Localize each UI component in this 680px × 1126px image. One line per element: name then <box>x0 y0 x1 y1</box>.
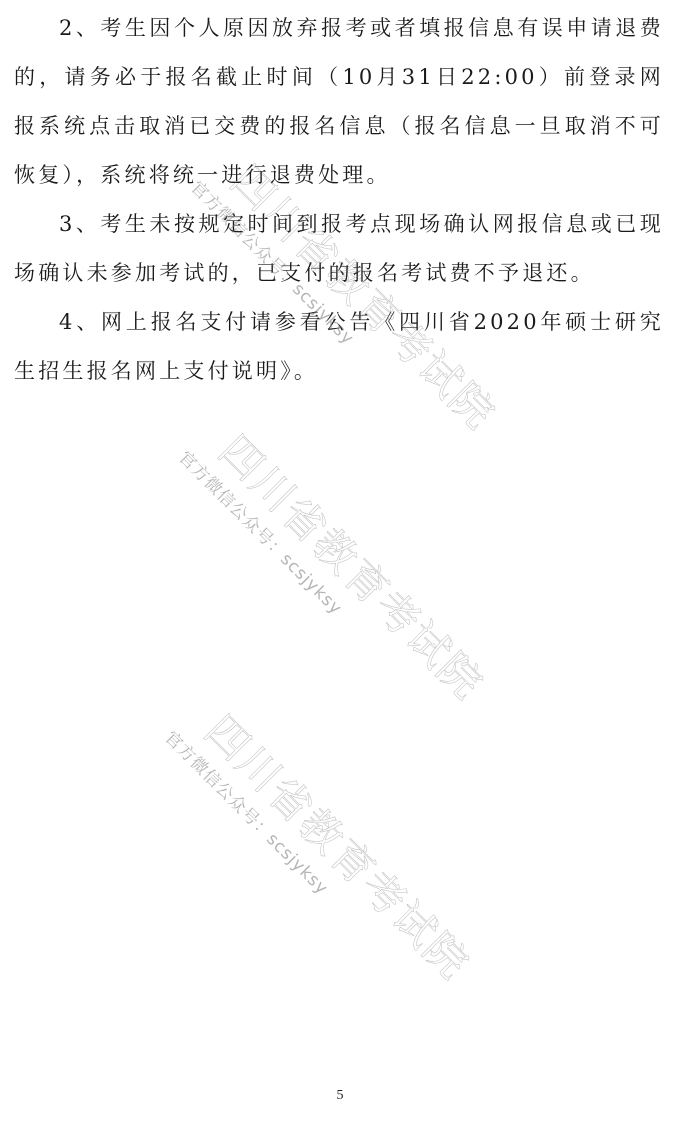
watermark: 四川省教育考试院 官方微信公众号：scsjyksy <box>191 420 499 728</box>
watermark-subtitle: 官方微信公众号：scsjyksy <box>174 444 458 728</box>
watermark-title: 四川省教育考试院 <box>194 700 485 991</box>
watermark-title: 四川省教育考试院 <box>208 420 499 711</box>
page-number: 5 <box>0 1088 680 1104</box>
document-page: 2、考生因个人原因放弃报考或者填报信息有误申请退费的，请务必于报名截止时间（10… <box>0 0 680 1126</box>
paragraph-payment-notice: 4、网上报名支付请参看公告《四川省2020年硕士研究生招生报名网上支付说明》。 <box>14 298 664 396</box>
watermark-subtitle: 官方微信公众号：scsjyksy <box>160 724 444 1008</box>
watermark: 四川省教育考试院 官方微信公众号：scsjyksy <box>177 700 485 1008</box>
paragraph-no-refund: 3、考生未按规定时间到报考点现场确认网报信息或已现场确认未参加考试的，已支付的报… <box>14 200 664 298</box>
paragraph-refund-cancel: 2、考生因个人原因放弃报考或者填报信息有误申请退费的，请务必于报名截止时间（10… <box>14 4 664 200</box>
